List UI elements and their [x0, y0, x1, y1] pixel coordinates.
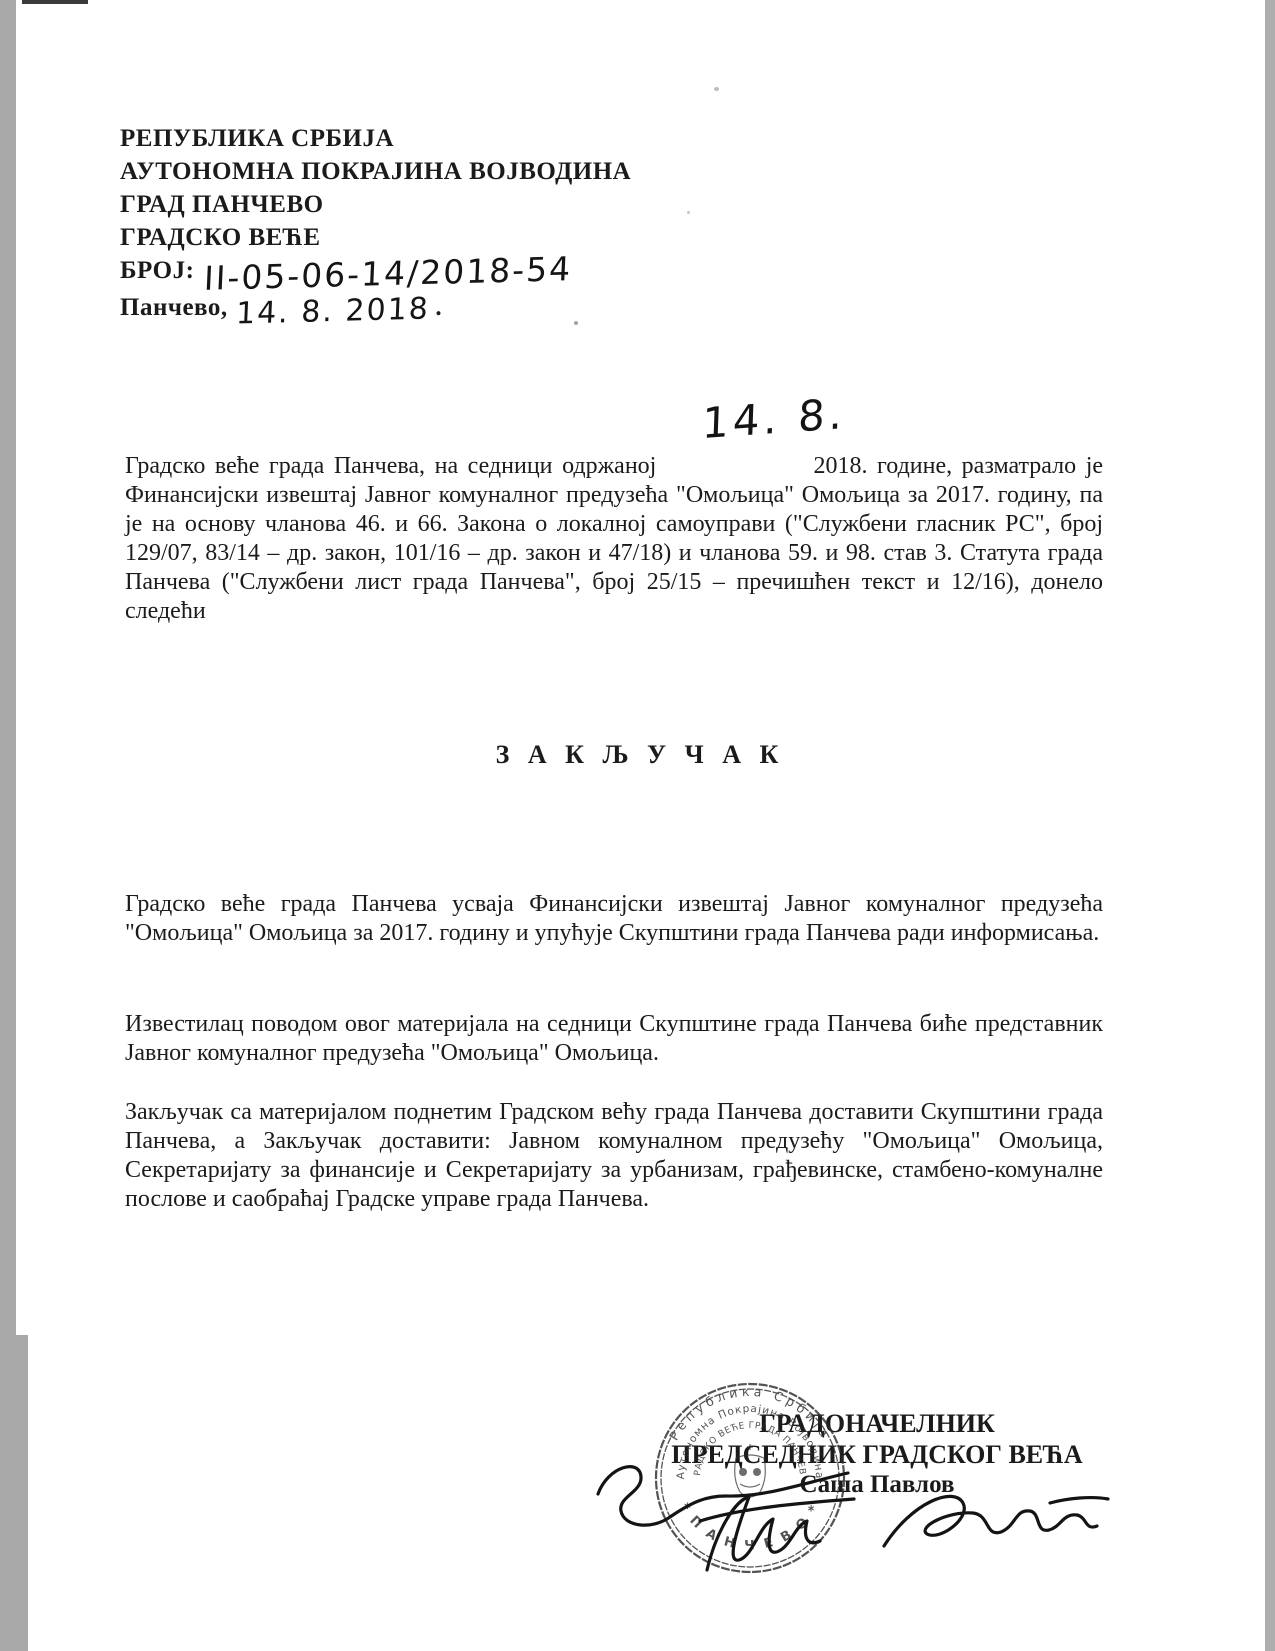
scan-speck [714, 87, 719, 91]
letterhead-city: ГРАД ПАНЧЕВО [120, 188, 631, 221]
doc-number-label: БРОЈ: [120, 257, 194, 284]
letterhead: РЕПУБЛИКА СРБИЈА АУТОНОМНА ПОКРАЈИНА ВОЈ… [120, 122, 631, 328]
paragraph-rapporteur: Известилац поводом овог материјала на се… [125, 1010, 1103, 1068]
scan-speck [687, 211, 690, 214]
scan-artifact-dash [22, 0, 88, 4]
stamp-bottom-text-pancevo: * П А Н Ч Е В О * [676, 1501, 823, 1554]
paragraph-intro-before: Градско веће града Панчева, на седници о… [125, 453, 656, 479]
signature-stroke-right [884, 1496, 1097, 1546]
doc-date-line: Панчево,14. 8. 2018. [120, 291, 631, 328]
doc-number-line: БРОЈ:II-05-06-14/2018-54 [120, 254, 631, 291]
doc-date-period: . [435, 294, 442, 321]
scan-edge-left-bottom [0, 1335, 28, 1651]
session-date-gap [666, 472, 804, 473]
paragraph-distribution: Закључак са материјалом поднетим Градско… [125, 1098, 1103, 1214]
coat-of-arms [735, 1444, 766, 1497]
document-title: З А К Љ У Ч А К [125, 740, 1155, 770]
letterhead-republic: РЕПУБЛИКА СРБИЈА [120, 122, 631, 155]
paragraph-intro: Градско веће града Панчева, на седници о… [125, 452, 1103, 626]
doc-number-handwritten: II-05-06-14/2018-54 [204, 252, 573, 295]
svg-text:* П А Н Ч Е В О *: * П А Н Ч Е В О * [676, 1501, 823, 1554]
session-date-handwritten: 14. 8. [701, 393, 846, 445]
scan-edge-right [1265, 0, 1275, 1651]
doc-date-handwritten: 14. 8. 2018 [235, 294, 430, 329]
official-stamp: Република Србија Аутономна Покрајина Вој… [652, 1380, 848, 1576]
document-page: РЕПУБЛИКА СРБИЈА АУТОНОМНА ПОКРАЈИНА ВОЈ… [0, 0, 1275, 1651]
paragraph-decision: Градско веће града Панчева усваја Финанс… [125, 890, 1103, 948]
letterhead-province: АУТОНОМНА ПОКРАЈИНА ВОЈВОДИНА [120, 155, 631, 188]
place-label: Панчево, [120, 294, 228, 321]
